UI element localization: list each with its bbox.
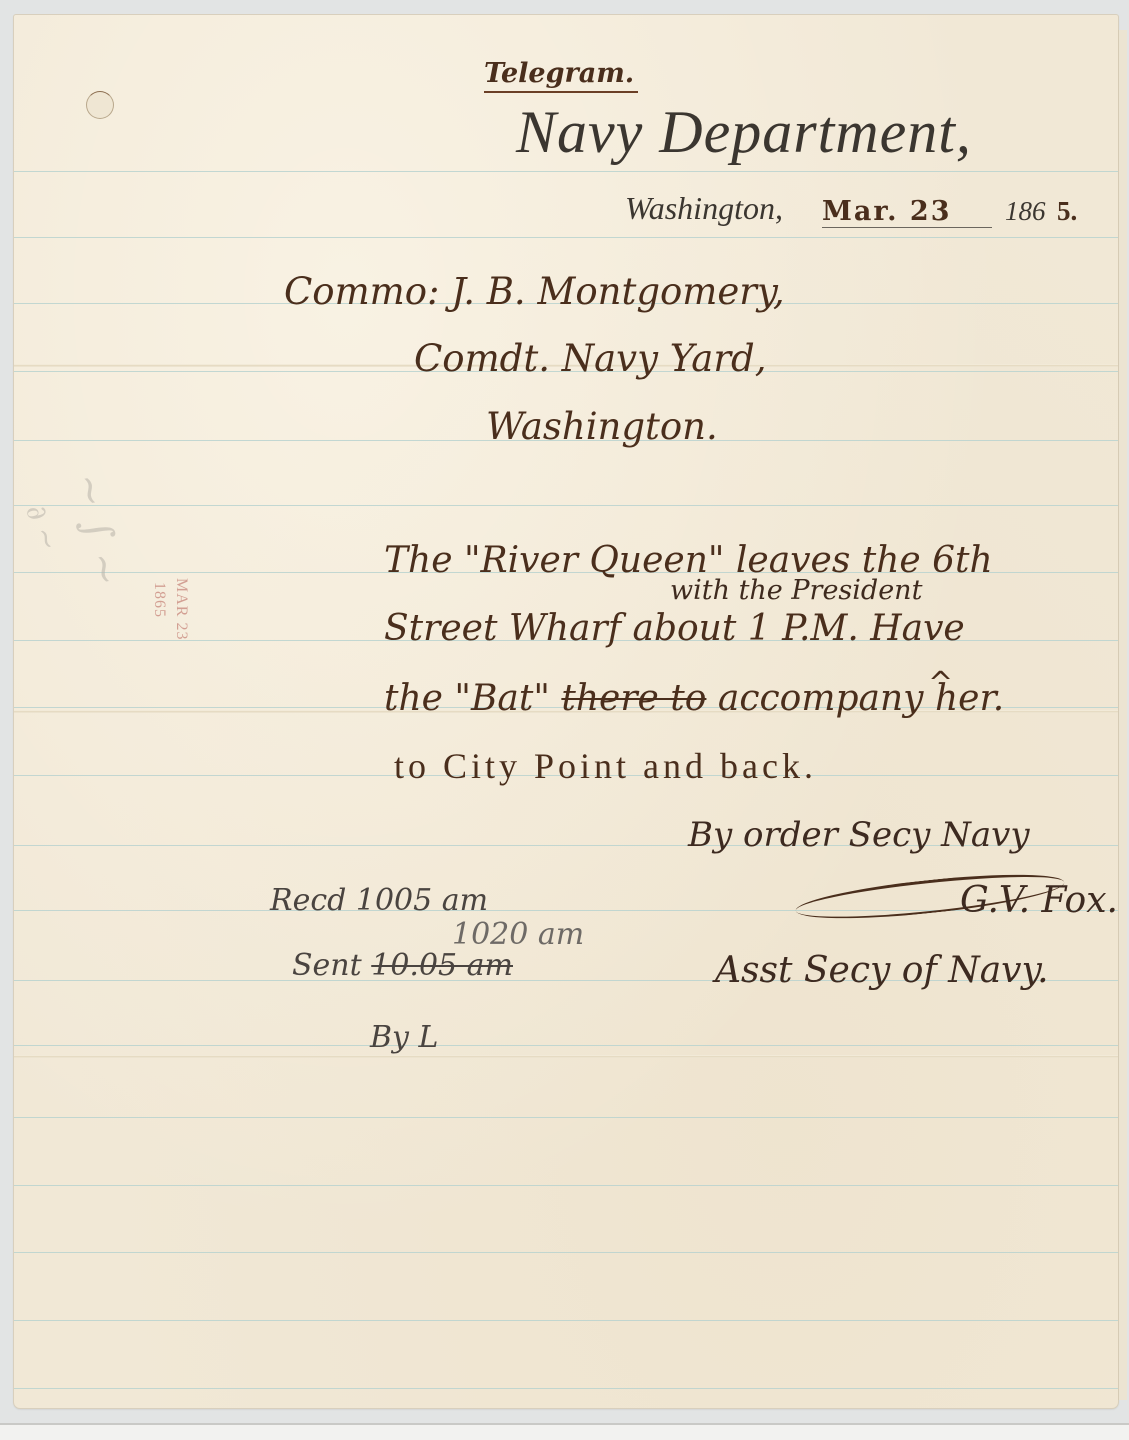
sleeve-bottom-edge bbox=[0, 1423, 1129, 1440]
closing-by-order: By order Secy Navy bbox=[688, 815, 1030, 855]
page-edge-backing bbox=[1118, 30, 1127, 1400]
addressee-city: Washington. bbox=[486, 405, 718, 448]
body-line-4: to City Point and back. bbox=[394, 745, 817, 787]
ruled-line bbox=[14, 1320, 1118, 1321]
addressee-name: Commo: J. B. Montgomery, bbox=[284, 270, 785, 313]
received-time-note: Recd 1005 am bbox=[270, 883, 488, 918]
ruled-line bbox=[14, 1388, 1118, 1389]
fold-line bbox=[14, 1055, 1118, 1058]
ruled-line bbox=[14, 1185, 1118, 1186]
body-line-3-struck: there to bbox=[561, 678, 706, 719]
sent-time-corrected: 1020 am bbox=[452, 917, 584, 952]
body-interlinear-insert: with the President bbox=[670, 575, 922, 606]
ruled-line bbox=[14, 1252, 1118, 1253]
letterhead-year-digit: 5. bbox=[1057, 196, 1077, 227]
body-line-3-end: accompany her. bbox=[718, 678, 1004, 719]
signature: G.V. Fox. bbox=[960, 880, 1118, 921]
letterhead-year-printed: 186 bbox=[1005, 196, 1046, 227]
ruled-line bbox=[14, 1117, 1118, 1118]
sent-time-struck: 10.05 am bbox=[371, 948, 513, 983]
letterhead-date: Mar. 23 bbox=[822, 196, 992, 228]
body-line-2: Street Wharf about 1 P.M. Have bbox=[384, 608, 965, 649]
receipt-stamp-year: 1865 bbox=[150, 582, 168, 618]
letterhead-city: Washington, bbox=[625, 190, 783, 227]
operator-initial-note: By L bbox=[370, 1020, 438, 1055]
sent-time-note: Sent 10.05 am bbox=[292, 948, 513, 983]
signatory-title: Asst Secy of Navy. bbox=[715, 950, 1049, 991]
ruled-line bbox=[14, 505, 1118, 506]
receipt-stamp-date: MAR 23 bbox=[172, 578, 190, 640]
sent-label: Sent bbox=[292, 948, 362, 983]
addressee-title: Comdt. Navy Yard, bbox=[414, 337, 767, 380]
letterhead-department: Navy Department, bbox=[516, 98, 972, 167]
document-type-label: Telegram. bbox=[484, 58, 638, 93]
punch-hole bbox=[86, 91, 114, 119]
ruled-line bbox=[14, 1045, 1118, 1046]
body-line-3-start: the "Bat" bbox=[384, 678, 550, 719]
ruled-line bbox=[14, 237, 1118, 238]
body-line-3: the "Bat" there to accompany her. bbox=[384, 678, 1004, 719]
ruled-line bbox=[14, 171, 1118, 172]
